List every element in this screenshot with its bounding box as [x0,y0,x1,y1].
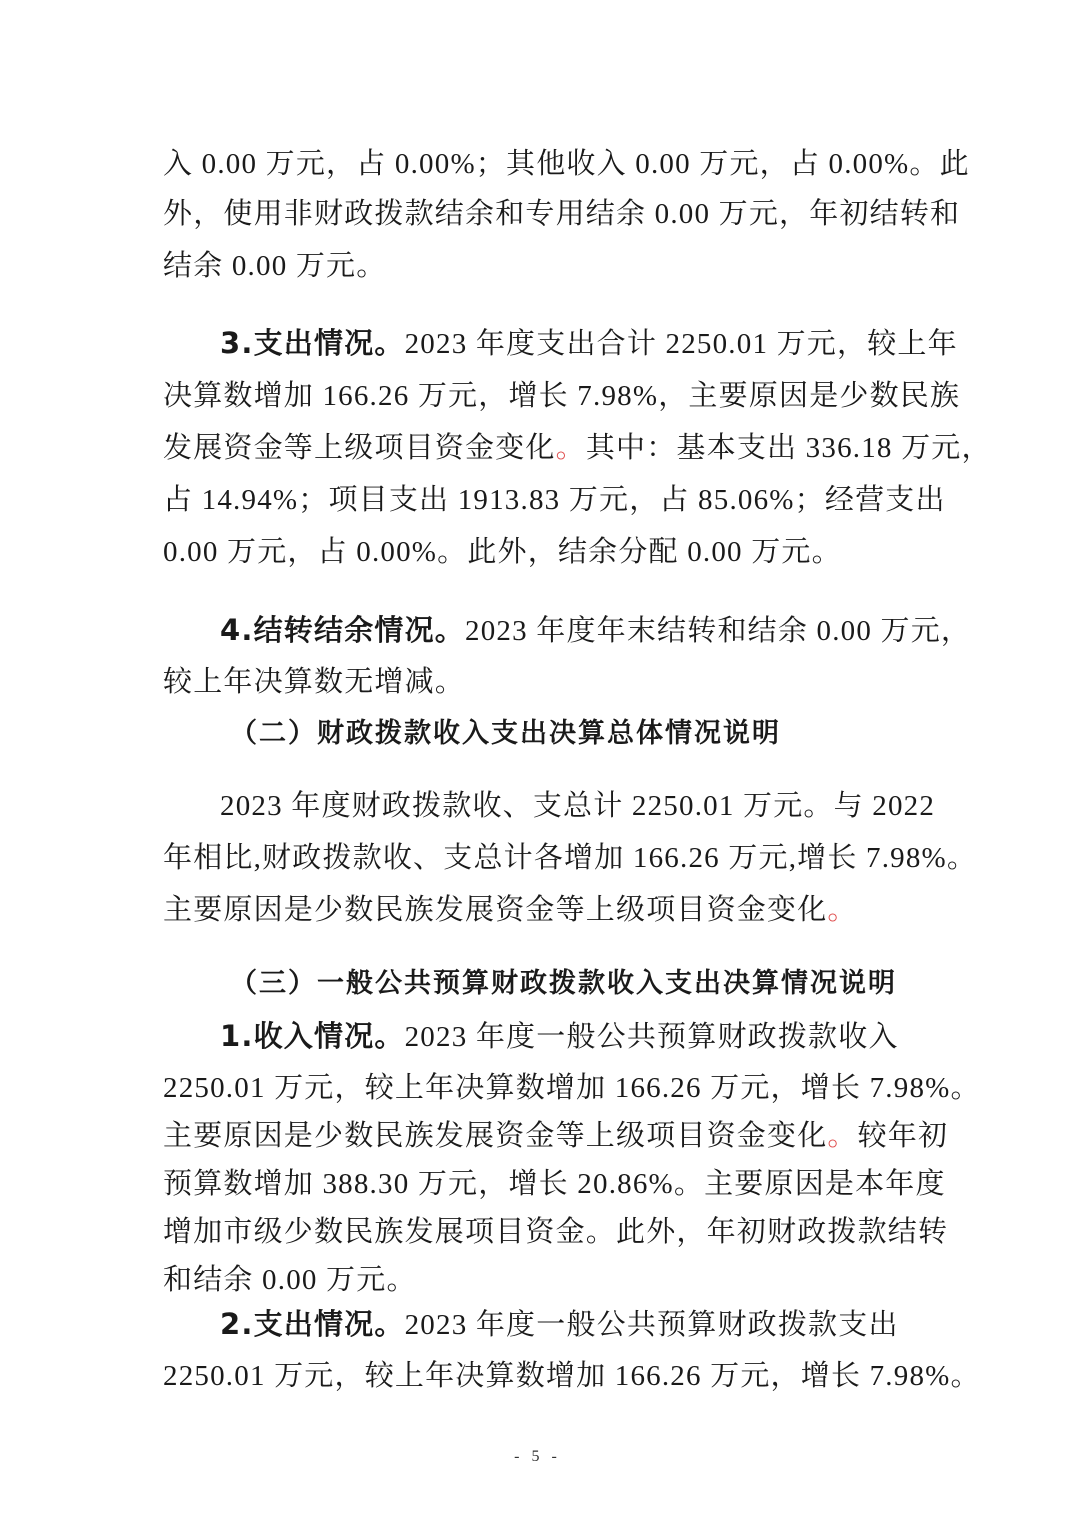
section-heading: （二）财政拨款收入支出决算总体情况说明 [230,716,980,752]
text-line: 较上年决算数无增减。 [163,664,913,700]
red-period-mark: 。 [827,1120,857,1152]
text-span: 主要原因是少数民族发展资金等上级项目资金变化 [163,1120,827,1152]
text-line: 4.结转结余情况。2023 年度年末结转和结余 0.00 万元， [220,612,970,649]
text-span: （二）财政拨款收入支出决算总体情况说明 [230,718,781,749]
text-span: 2023 年度一般公共预算财政拨款收入 [405,1021,899,1053]
text-line: 年相比,财政拨款收、支总计各增加 166.26 万元,增长 7.98%。 [163,840,913,876]
text-span: 其中：基本支出 336.18 万元， [586,432,992,464]
text-span: 2023 年度财政拨款收、支总计 2250.01 万元。与 2022 [220,790,935,822]
text-line: 2250.01 万元，较上年决算数增加 166.26 万元，增长 7.98%。 [163,1358,913,1394]
text-line: 主要原因是少数民族发展资金等上级项目资金变化。较年初 [163,1118,913,1154]
text-span: 2250.01 万元，较上年决算数增加 166.26 万元，增长 7.98%。 [163,1072,981,1104]
text-span: 入 0.00 万元，占 0.00%；其他收入 0.00 万元，占 0.00%。此 [163,148,970,180]
text-span: 2250.01 万元，较上年决算数增加 166.26 万元，增长 7.98%。 [163,1360,981,1392]
text-line: 发展资金等上级项目资金变化。其中：基本支出 336.18 万元， [163,430,913,466]
subsection-label: 1.收入情况。 [220,1019,405,1053]
red-period-mark: 。 [827,894,857,926]
red-period-mark: 。 [556,432,586,464]
text-span: 外，使用非财政拨款结余和专用结余 0.00 万元，年初结转和 [163,198,960,230]
document-page: 入 0.00 万元，占 0.00%；其他收入 0.00 万元，占 0.00%。此… [0,0,1075,1520]
text-line: 占 14.94%；项目支出 1913.83 万元，占 85.06%；经营支出 [163,482,913,518]
text-span: 2023 年度一般公共预算财政拨款支出 [405,1309,899,1341]
text-span: （三）一般公共预算财政拨款收入支出决算情况说明 [230,968,897,999]
text-line: 和结余 0.00 万元。 [163,1262,913,1298]
text-line: 增加市级少数民族发展项目资金。此外，年初财政拨款结转 [163,1214,913,1250]
text-span: 主要原因是少数民族发展资金等上级项目资金变化 [163,894,827,926]
text-line: 外，使用非财政拨款结余和专用结余 0.00 万元，年初结转和 [163,196,913,232]
text-span: 结余 0.00 万元。 [163,250,386,282]
page-number: - 5 - [0,1448,1075,1466]
subsection-label: 2.支出情况。 [220,1307,405,1341]
text-span: 2023 年度年末结转和结余 0.00 万元， [465,615,971,647]
text-line: 主要原因是少数民族发展资金等上级项目资金变化。 [163,892,913,928]
text-span: 0.00 万元，占 0.00%。此外，结余分配 0.00 万元。 [163,536,842,568]
text-line: 决算数增加 166.26 万元，增长 7.98%，主要原因是少数民族 [163,378,913,414]
text-line: 0.00 万元，占 0.00%。此外，结余分配 0.00 万元。 [163,534,913,570]
text-line: 预算数增加 388.30 万元，增长 20.86%。主要原因是本年度 [163,1166,913,1202]
section-heading: （三）一般公共预算财政拨款收入支出决算情况说明 [230,966,980,1002]
text-line: 入 0.00 万元，占 0.00%；其他收入 0.00 万元，占 0.00%。此 [163,146,913,182]
text-span: 和结余 0.00 万元。 [163,1264,417,1296]
text-line: 3.支出情况。2023 年度支出合计 2250.01 万元，较上年 [220,325,970,362]
text-span: 预算数增加 388.30 万元，增长 20.86%。主要原因是本年度 [163,1168,946,1200]
text-span: 决算数增加 166.26 万元，增长 7.98%，主要原因是少数民族 [163,380,960,412]
text-span: 较年初 [858,1120,949,1152]
text-span: 增加市级少数民族发展项目资金。此外，年初财政拨款结转 [163,1216,948,1248]
text-span: 较上年决算数无增减。 [163,666,465,698]
text-line: 2023 年度财政拨款收、支总计 2250.01 万元。与 2022 [220,788,970,824]
text-line: 2.支出情况。2023 年度一般公共预算财政拨款支出 [220,1306,970,1343]
text-span: 占 14.94%；项目支出 1913.83 万元，占 85.06%；经营支出 [163,484,946,516]
subsection-label: 3.支出情况。 [220,326,405,360]
text-span: 发展资金等上级项目资金变化 [163,432,556,464]
text-line: 1.收入情况。2023 年度一般公共预算财政拨款收入 [220,1018,970,1055]
text-span: 2023 年度支出合计 2250.01 万元，较上年 [405,328,958,360]
text-line: 结余 0.00 万元。 [163,248,913,284]
subsection-label: 4.结转结余情况。 [220,613,465,647]
text-line: 2250.01 万元，较上年决算数增加 166.26 万元，增长 7.98%。 [163,1070,913,1106]
text-span: 年相比,财政拨款收、支总计各增加 166.26 万元,增长 7.98%。 [163,842,977,874]
